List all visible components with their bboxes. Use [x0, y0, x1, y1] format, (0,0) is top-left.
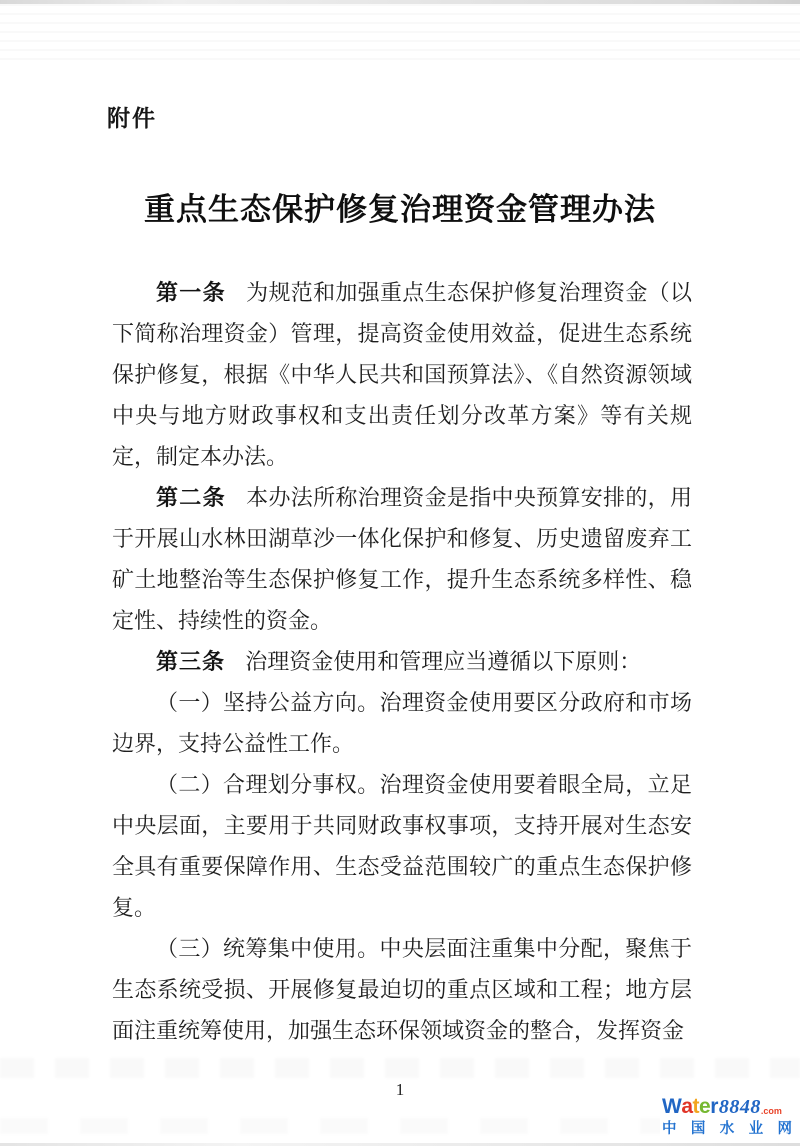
watermark-tld: .com	[761, 1100, 782, 1122]
article-3-text: 治理资金使用和管理应当遵循以下原则：	[245, 649, 641, 674]
article-1-text: 为规范和加强重点生态保护修复治理资金（以下简称治理资金）管理，提高资金使用效益，…	[112, 280, 692, 469]
watermark-letter-e: e	[699, 1096, 710, 1118]
attachment-label: 附件	[107, 100, 157, 133]
article-2-number: 第二条	[156, 485, 226, 510]
watermark-logo: W a t e r 8848 .com 中国水业网	[660, 1094, 794, 1139]
document-title: 重点生态保护修复治理资金管理办法	[0, 184, 800, 229]
paragraph-article-2: 第二条本办法所称治理资金是指中央预算安排的，用于开展山水林田湖草沙一体化保护和修…	[112, 477, 692, 641]
paragraph-article-1: 第一条为规范和加强重点生态保护修复治理资金（以下简称治理资金）管理，提高资金使用…	[112, 272, 692, 477]
watermark-brand: W a t e r 8848 .com	[662, 1096, 792, 1121]
principle-2-text: （二）合理划分事权。治理资金使用要着眼全局，立足中央层面，主要用于共同财政事权事…	[112, 772, 692, 920]
paragraph-principle-3: （三）统筹集中使用。中央层面注重集中分配，聚焦于生态系统受损、开展修复最迫切的重…	[112, 928, 692, 1051]
principle-1-text: （一）坚持公益方向。治理资金使用要区分政府和市场边界，支持公益性工作。	[112, 690, 692, 756]
watermark-letter-r: r	[710, 1096, 718, 1118]
document-body: 第一条为规范和加强重点生态保护修复治理资金（以下简称治理资金）管理，提高资金使用…	[112, 272, 692, 1051]
principle-3-text: （三）统筹集中使用。中央层面注重集中分配，聚焦于生态系统受损、开展修复最迫切的重…	[112, 936, 692, 1043]
scan-artifact-top-noise	[0, 4, 800, 62]
document-page: 附件 重点生态保护修复治理资金管理办法 第一条为规范和加强重点生态保护修复治理资…	[0, 0, 800, 1146]
paragraph-principle-1: （一）坚持公益方向。治理资金使用要区分政府和市场边界，支持公益性工作。	[112, 682, 692, 764]
watermark-number: 8848	[719, 1096, 761, 1118]
watermark-letter-w: W	[662, 1096, 681, 1118]
scan-artifact-bottom-noise	[0, 1058, 800, 1078]
watermark-subtitle: 中国水业网	[662, 1121, 792, 1138]
article-3-number: 第三条	[156, 649, 225, 674]
paragraph-article-3: 第三条治理资金使用和管理应当遵循以下原则：	[112, 641, 692, 682]
watermark-letter-a: a	[681, 1096, 692, 1118]
article-1-number: 第一条	[156, 280, 226, 305]
paragraph-principle-2: （二）合理划分事权。治理资金使用要着眼全局，立足中央层面，主要用于共同财政事权事…	[112, 764, 692, 928]
